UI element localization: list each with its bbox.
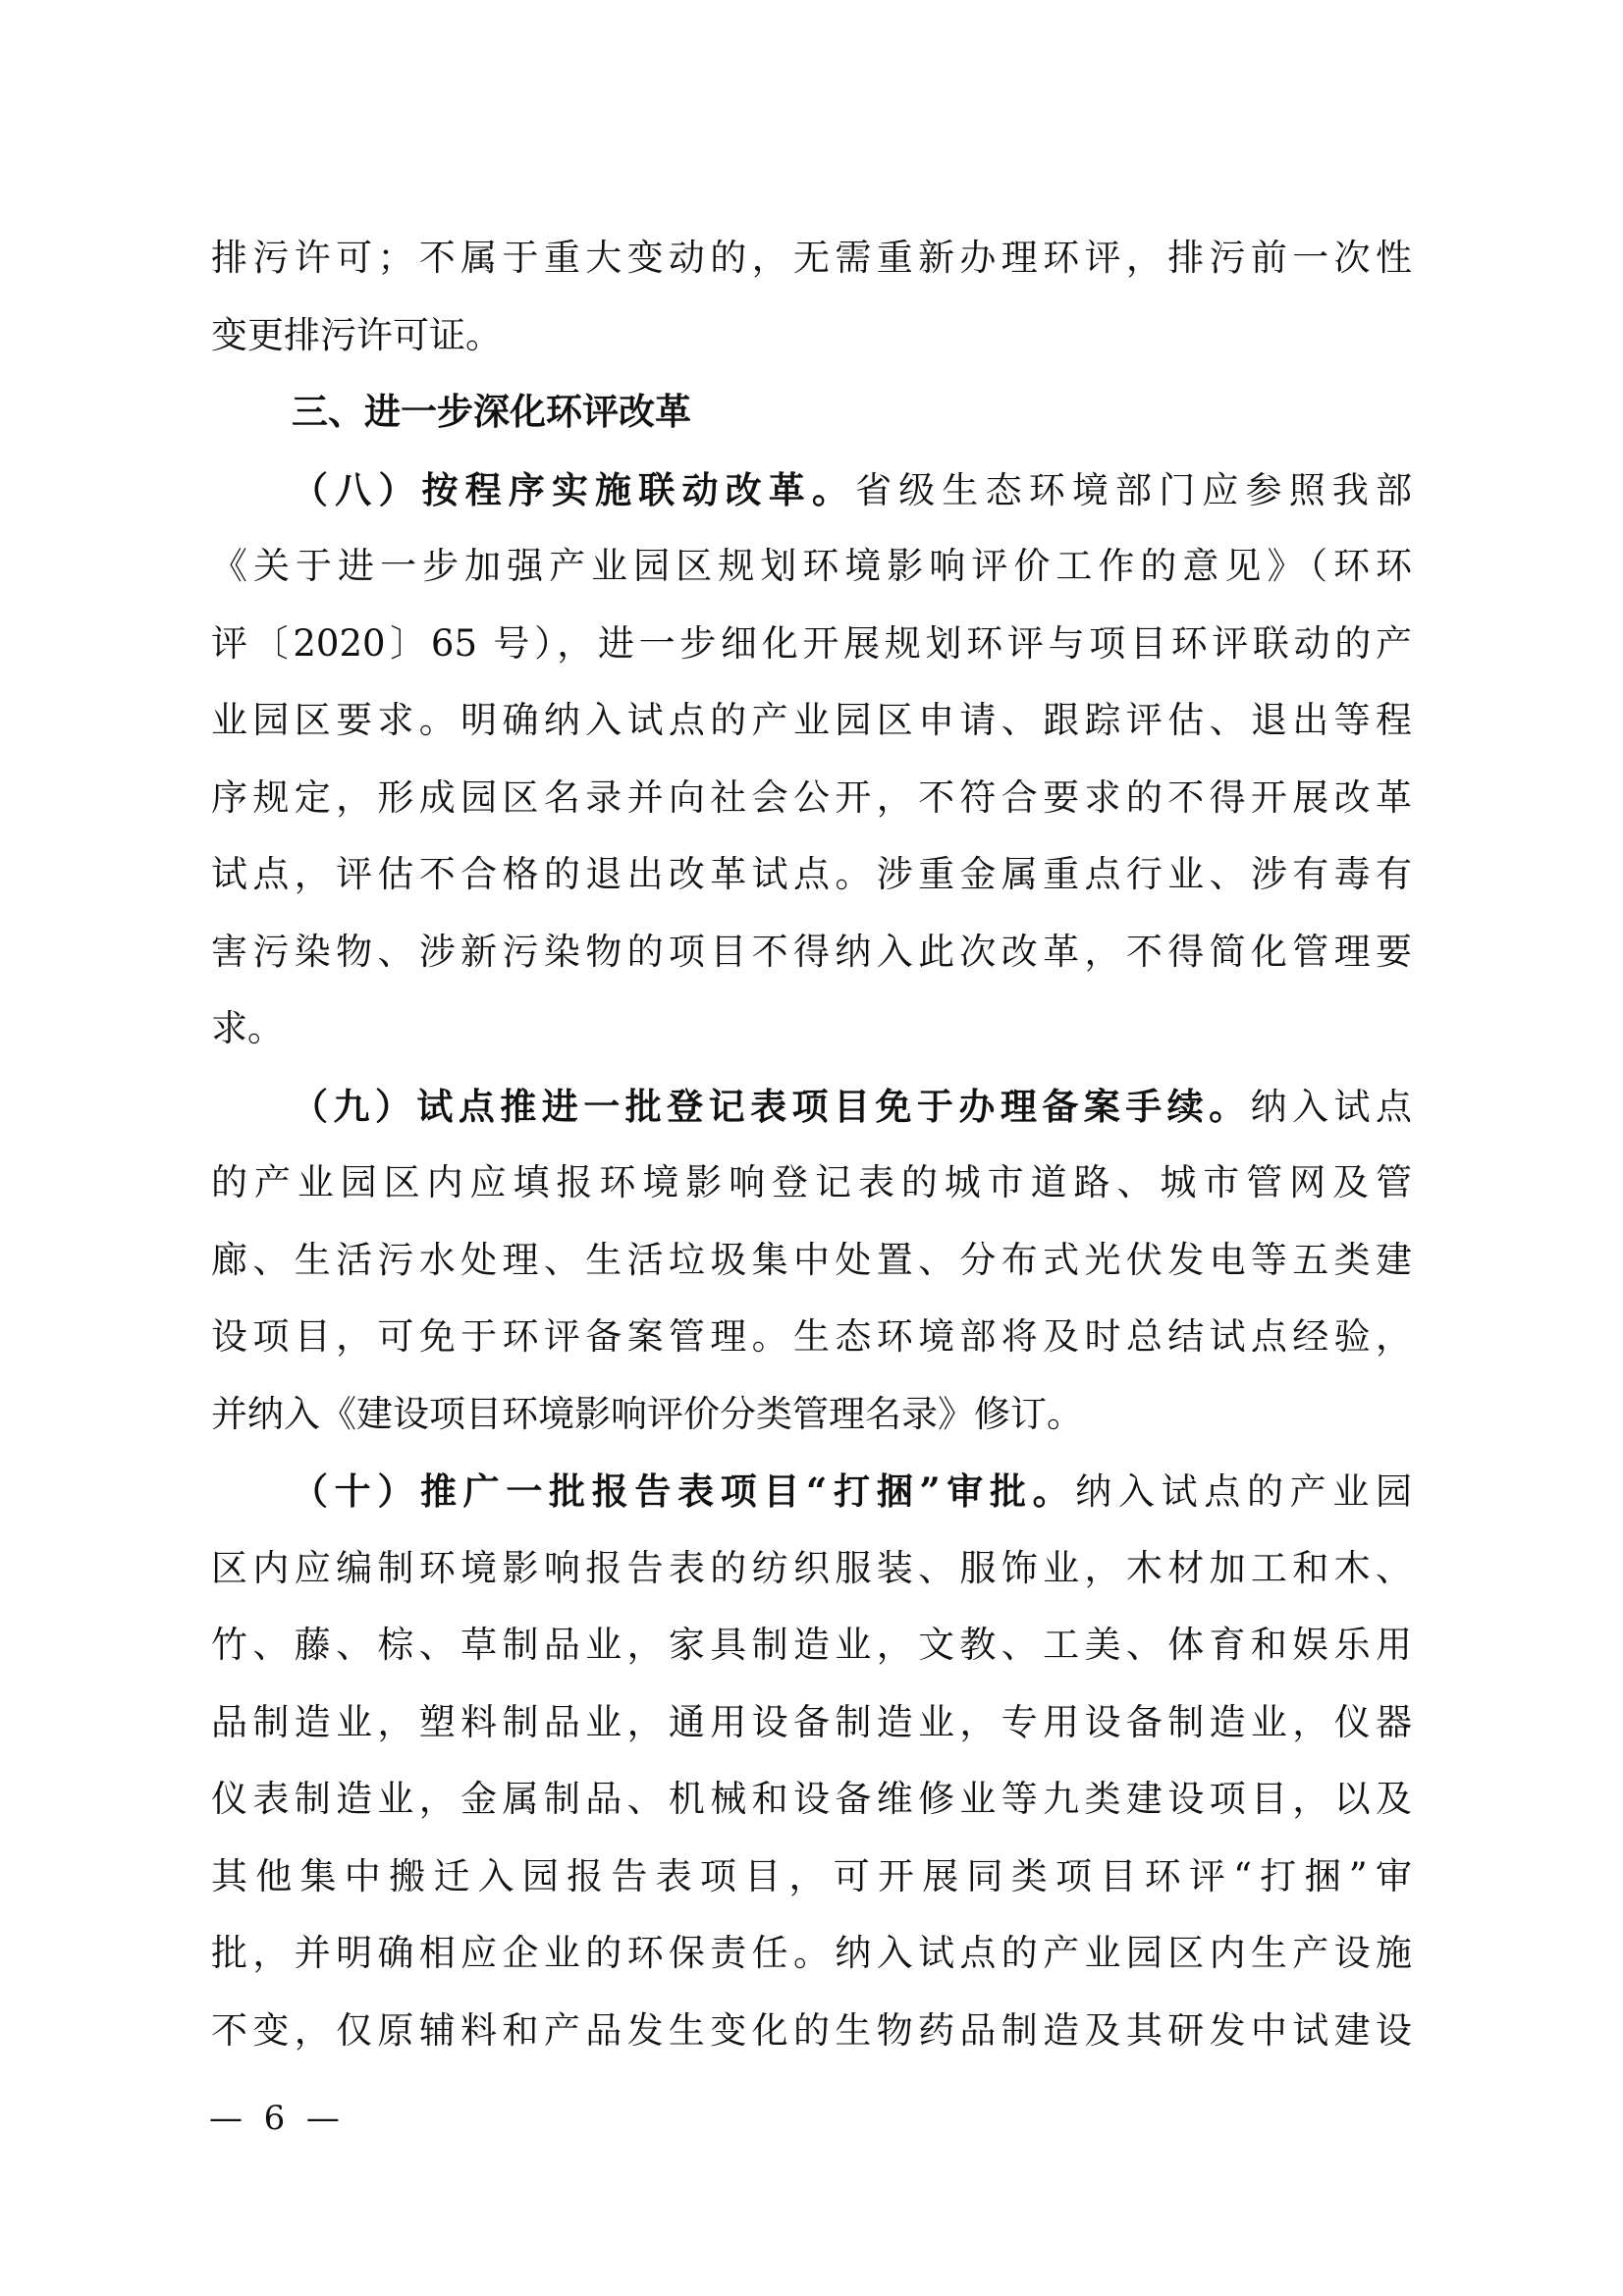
paragraph-text: 省级生态环境部门应参照我部 (855, 469, 1412, 511)
paragraph-line: 序规定，形成园区名录并向社会公开，不符合要求的不得开展改革 (211, 760, 1412, 837)
paragraph-line: （十）推广一批报告表项目“打捆”审批。纳入试点的产业园 (211, 1453, 1412, 1530)
document-body: 排污许可；不属于重大变动的，无需重新办理环评，排污前一次性 变更排污许可证。 三… (211, 220, 1412, 2069)
paragraph-line: （九）试点推进一批登记表项目免于办理备案手续。纳入试点 (211, 1068, 1412, 1146)
paragraph-line: 求。 (211, 990, 1412, 1068)
paragraph-line: 评〔2020〕65 号），进一步细化开展规划环评与项目环评联动的产 (211, 606, 1412, 683)
paragraph-line: 设项目，可免于环评备案管理。生态环境部将及时总结试点经验， (211, 1299, 1412, 1376)
paragraph-line: 不变，仅原辅料和产品发生变化的生物药品制造及其研发中试建设 (211, 1993, 1412, 2070)
paragraph-line: 并纳入《建设项目环境影响评价分类管理名录》修订。 (211, 1376, 1412, 1454)
paragraph-line: 的产业园区内应填报环境影响登记表的城市道路、城市管网及管 (211, 1145, 1412, 1222)
subsection-title: （八）按程序实施联动改革。 (292, 468, 855, 511)
paragraph-line: （八）按程序实施联动改革。省级生态环境部门应参照我部 (211, 452, 1412, 529)
paragraph-text: 纳入试点的产业园 (1075, 1470, 1412, 1513)
section-heading: 三、进一步深化环评改革 (211, 374, 1412, 452)
paragraph-line: 批，并明确相应企业的环保责任。纳入试点的产业园区内生产设施 (211, 1915, 1412, 1993)
paragraph-line: 试点，评估不合格的退出改革试点。涉重金属重点行业、涉有毒有 (211, 836, 1412, 914)
paragraph-line: 其他集中搬迁入园报告表项目，可开展同类项目环评“打捆”审 (211, 1839, 1412, 1916)
paragraph-line: 排污许可；不属于重大变动的，无需重新办理环评，排污前一次性 (211, 220, 1412, 297)
page-number: — 6 — (209, 2096, 340, 2141)
document-page: 排污许可；不属于重大变动的，无需重新办理环评，排污前一次性 变更排污许可证。 三… (0, 0, 1623, 2296)
paragraph-text: 纳入试点 (1251, 1086, 1412, 1128)
paragraph-line: 《关于进一步加强产业园区规划环境影响评价工作的意见》（环环 (211, 528, 1412, 606)
paragraph-line: 仪表制造业，金属制品、机械和设备维修业等九类建设项目，以及 (211, 1761, 1412, 1839)
paragraph-line: 害污染物、涉新污染物的项目不得纳入此次改革，不得简化管理要 (211, 914, 1412, 991)
paragraph-line: 区内应编制环境影响报告表的纺织服装、服饰业，木材加工和木、 (211, 1530, 1412, 1608)
paragraph-line: 变更排污许可证。 (211, 297, 1412, 375)
paragraph-line: 品制造业，塑料制品业，通用设备制造业，专用设备制造业，仪器 (211, 1684, 1412, 1762)
paragraph-line: 廊、生活污水处理、生活垃圾集中处置、分布式光伏发电等五类建 (211, 1222, 1412, 1300)
paragraph-line: 竹、藤、棕、草制品业，家具制造业，文教、工美、体育和娱乐用 (211, 1607, 1412, 1684)
paragraph-line: 业园区要求。明确纳入试点的产业园区申请、跟踪评估、退出等程 (211, 682, 1412, 760)
subsection-title: （十）推广一批报告表项目“打捆”审批。 (292, 1469, 1075, 1513)
subsection-title: （九）试点推进一批登记表项目免于办理备案手续。 (292, 1085, 1251, 1128)
